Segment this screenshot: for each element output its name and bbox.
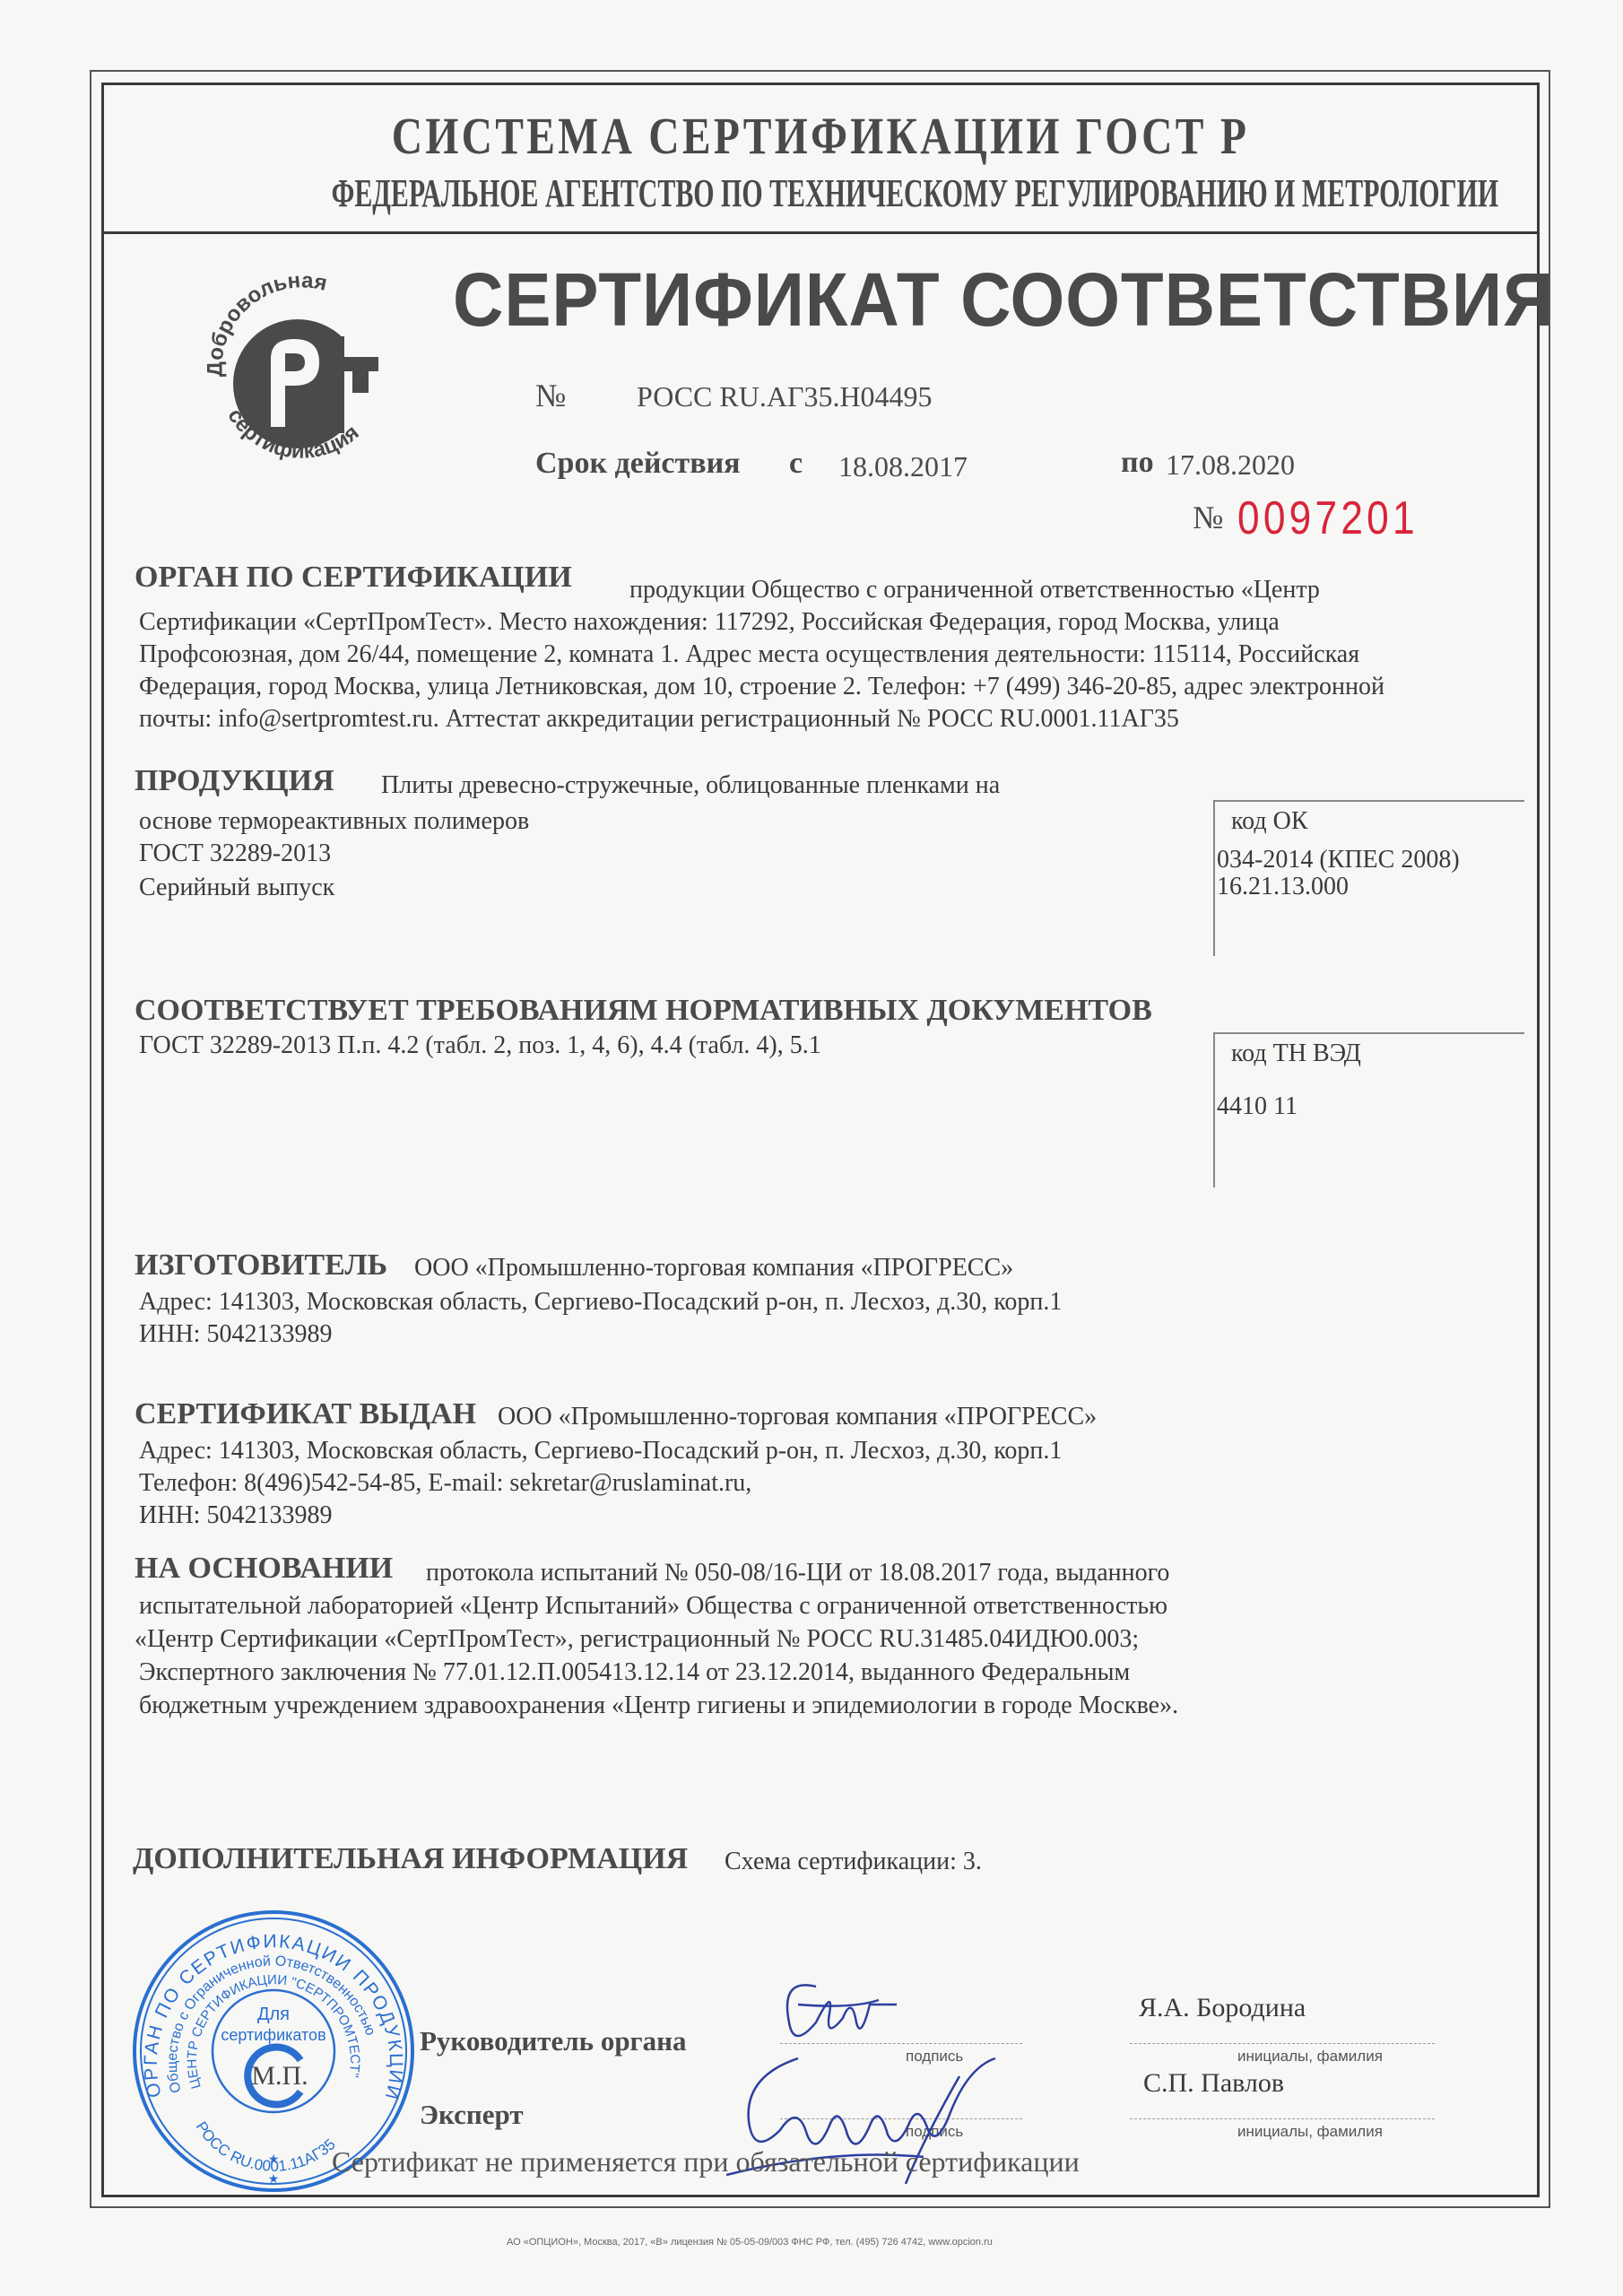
rst-voluntary-certification-logo-icon: Добровольная сертификация: [197, 269, 404, 475]
tnved-code-value: 4410 11: [1217, 1093, 1298, 1120]
ok-code-box: код ОК 034-2014 (КПЕС 2008) 16.21.13.000: [1213, 800, 1524, 956]
tnved-code-label: код ТН ВЭД: [1231, 1039, 1361, 1068]
voluntary-only-note: Сертификат не применяется при обязательн…: [332, 2145, 1080, 2179]
expert-name: С.П. Павлов: [1143, 2068, 1284, 2099]
certification-body-line: Профсоюзная, дом 26/44, помещение 2, ком…: [139, 639, 1359, 671]
head-of-body-label: Руководитель органа: [420, 2025, 687, 2057]
issued-to-address: Адрес: 141303, Московская область, Серги…: [139, 1435, 1062, 1467]
basis-line: Экспертного заключения № 77.01.12.П.0054…: [139, 1657, 1130, 1689]
compliance-heading: СООТВЕТСТВУЕТ ТРЕБОВАНИЯМ НОРМАТИВНЫХ ДО…: [135, 994, 1152, 1028]
manufacturer-address: Адрес: 141303, Московская область, Серги…: [139, 1286, 1062, 1318]
basis-line: испытательной лабораторией «Центр Испыта…: [139, 1590, 1167, 1622]
certification-body-line: Федерация, город Москва, улица Летниковс…: [139, 671, 1384, 703]
system-title: СИСТЕМА СЕРТИФИКАЦИИ ГОСТ Р: [230, 106, 1410, 166]
document-title: СЕРТИФИКАТ СООТВЕТСТВИЯ: [453, 257, 1554, 344]
certification-body-line: Сертификации «СертПромТест». Место нахож…: [139, 606, 1280, 639]
basis-heading: НА ОСНОВАНИИ: [135, 1552, 393, 1586]
valid-to-prefix: по: [1121, 446, 1154, 480]
certification-body-line: продукции Общество с ограниченной ответс…: [629, 574, 1320, 606]
name-caption: инициалы, фамилия: [1237, 2123, 1383, 2141]
additional-info-heading: ДОПОЛНИТЕЛЬНАЯ ИНФОРМАЦИЯ: [133, 1842, 688, 1876]
serial-number: 0097201: [1237, 491, 1419, 545]
certification-body-heading: ОРГАН ПО СЕРТИФИКАЦИИ: [135, 561, 572, 595]
manufacturer-inn: ИНН: 5042133989: [139, 1318, 332, 1351]
expert-label: Эксперт: [420, 2099, 524, 2131]
product-description-line: основе термореактивных полимеров: [139, 805, 529, 838]
svg-text:М.П.: М.П.: [251, 2061, 308, 2091]
tnved-code-box: код ТН ВЭД 4410 11: [1213, 1032, 1524, 1187]
valid-from-prefix: с: [789, 447, 803, 481]
svg-text:★: ★: [268, 2173, 280, 2187]
header-divider: [101, 231, 1540, 234]
basis-line: бюджетным учреждением здравоохранения «Ц…: [139, 1690, 1178, 1722]
certification-body-line: почты: info@sertpromtest.ru. Аттестат ак…: [139, 703, 1179, 735]
manufacturer-name: ООО «Промышленно-торговая компания «ПРОГ…: [414, 1252, 1013, 1284]
product-production-type: Серийный выпуск: [139, 872, 334, 904]
printer-imprint: АО «ОПЦИОН», Москва, 2017, «В» лицензия …: [507, 2237, 993, 2248]
issued-to-inn: ИНН: 5042133989: [139, 1500, 332, 1532]
issued-to-contacts: Телефон: 8(496)542-54-85, E-mail: sekret…: [139, 1467, 751, 1500]
certificate-number-label: №: [535, 377, 566, 414]
product-standard: ГОСТ 32289-2013: [139, 838, 331, 870]
product-heading: ПРОДУКЦИЯ: [135, 764, 334, 798]
basis-line: «Центр Сертификации «СертПромТест», реги…: [135, 1623, 1139, 1656]
validity-label: Срок действия: [535, 447, 741, 481]
svg-text:сертификатов: сертификатов: [221, 2026, 325, 2044]
name-caption: инициалы, фамилия: [1237, 2048, 1383, 2066]
issued-to-heading: СЕРТИФИКАТ ВЫДАН: [135, 1397, 476, 1431]
certification-scheme: Схема сертификации: 3.: [725, 1846, 982, 1878]
head-of-body-name: Я.А. Бородина: [1139, 1993, 1306, 2023]
product-description-line: Плиты древесно-стружечные, облицованные …: [381, 770, 1000, 802]
valid-from-date: 18.08.2017: [838, 450, 968, 483]
agency-title: ФЕДЕРАЛЬНОЕ АГЕНТСТВО ПО ТЕХНИЧЕСКОМУ РЕ…: [332, 170, 1310, 216]
svg-text:★: ★: [268, 2153, 280, 2167]
valid-to-date: 17.08.2020: [1166, 448, 1295, 482]
svg-text:РОСС RU.0001.11АГ35: РОСС RU.0001.11АГ35: [193, 2118, 339, 2175]
ok-code-value-2: 16.21.13.000: [1217, 874, 1349, 900]
compliance-standards: ГОСТ 32289-2013 П.п. 4.2 (табл. 2, поз. …: [139, 1030, 821, 1062]
ok-code-value-1: 034-2014 (КПЕС 2008): [1217, 847, 1460, 874]
issued-to-name: ООО «Промышленно-торговая компания «ПРОГ…: [498, 1401, 1097, 1433]
certificate-number: РОСС RU.АГ35.Н04495: [637, 380, 933, 413]
basis-line: протокола испытаний № 050-08/16-ЦИ от 18…: [426, 1557, 1169, 1589]
head-name-line: [1130, 2043, 1435, 2044]
expert-name-line: [1130, 2118, 1435, 2119]
ok-code-label: код ОК: [1231, 807, 1308, 836]
serial-number-label: №: [1193, 499, 1223, 536]
svg-text:Для: Для: [257, 2005, 290, 2024]
manufacturer-heading: ИЗГОТОВИТЕЛЬ: [135, 1248, 387, 1283]
